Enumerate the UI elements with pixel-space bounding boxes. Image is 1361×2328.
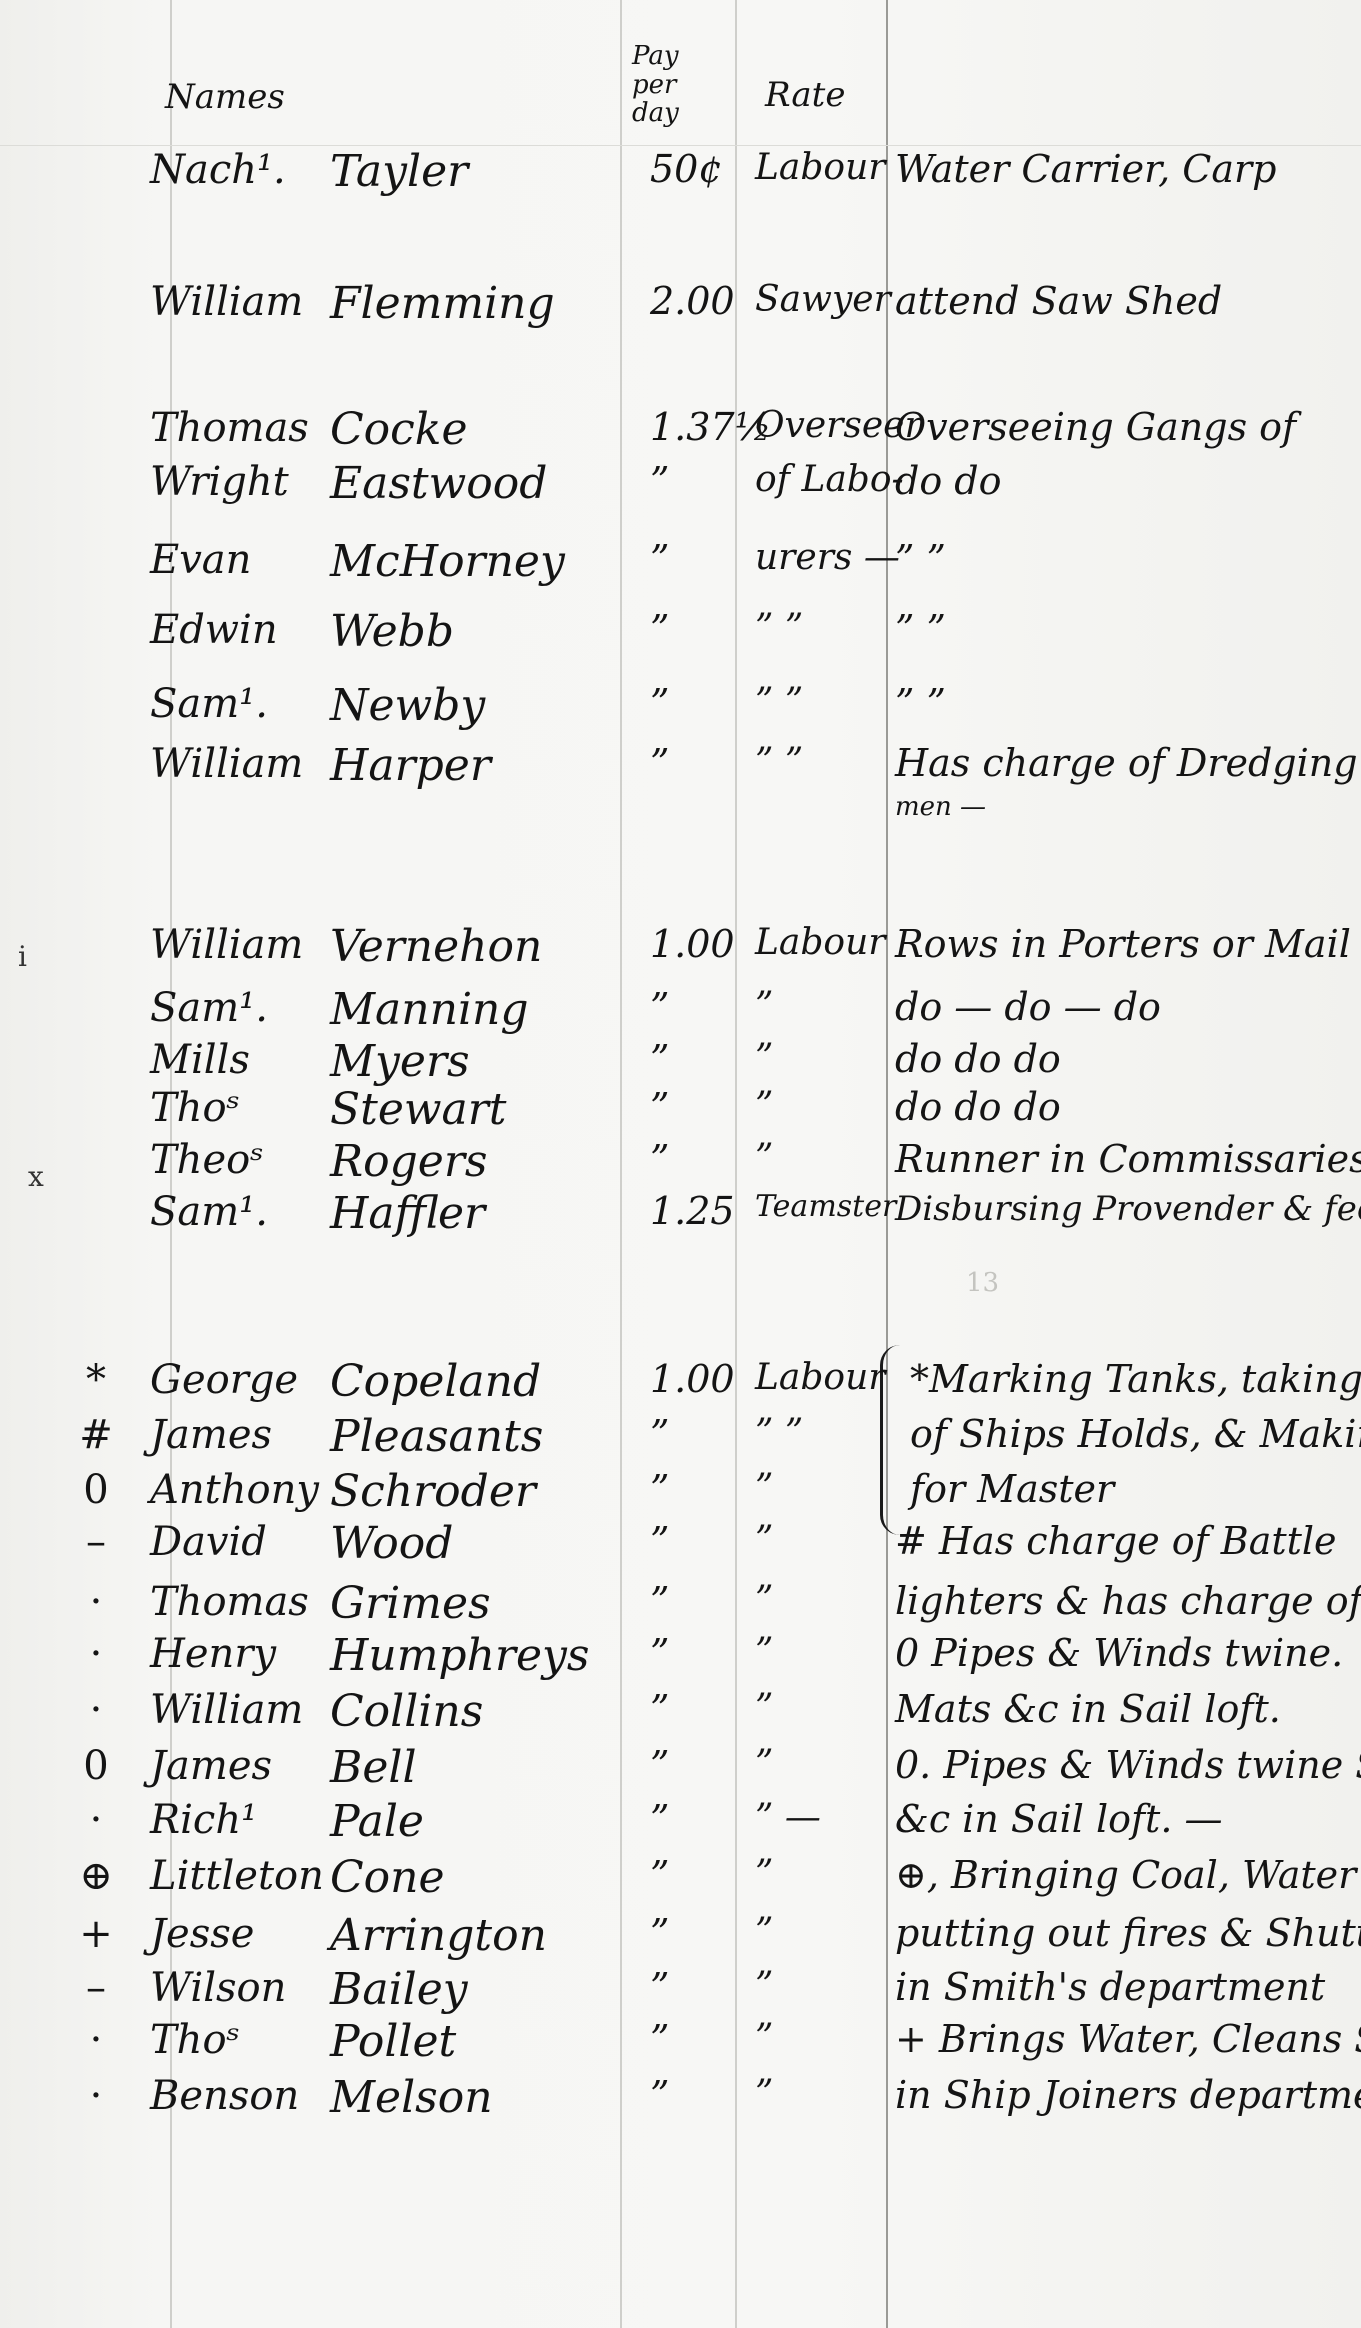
row-mark: · <box>78 2076 114 2116</box>
surname: Grimes <box>330 1582 491 1626</box>
ledger-row: William Harper ” ” ” Has charge of Dredg… <box>0 744 1361 834</box>
first-name: Thomas <box>150 1582 309 1622</box>
duty: in Smith's department <box>895 1968 1325 2006</box>
duty: + Brings Water, Cleans Sh <box>895 2020 1361 2058</box>
rate: Teamster <box>755 1192 896 1222</box>
first-name: Thoˢ <box>150 2020 240 2060</box>
surname: Stewart <box>330 1088 506 1132</box>
rate: ” <box>755 1040 773 1076</box>
first-name: Thomas <box>150 408 309 448</box>
first-name: Henry <box>150 1634 276 1674</box>
rate: Labour <box>755 150 885 186</box>
surname: Haffler <box>330 1192 485 1236</box>
duty: 0. Pipes & Winds twine Strop <box>895 1746 1361 1784</box>
duty: ” ” <box>895 684 946 722</box>
ledger-page: Names Pay per day Rate i x 13 Nach¹. Tay… <box>0 0 1361 2328</box>
pay-per-day: ” <box>650 610 740 648</box>
first-name: Wright <box>150 462 289 502</box>
rate: ” <box>755 2076 773 2112</box>
duty: Overseeing Gangs of <box>895 408 1296 446</box>
duty: 0 Pipes & Winds twine. <box>895 1634 1343 1672</box>
rate: ” ” <box>755 610 803 646</box>
surname: Myers <box>330 1040 470 1084</box>
surname: Eastwood <box>330 462 547 506</box>
pay-per-day: ” <box>650 2020 740 2058</box>
duty: Disbursing Provender & feed <box>895 1192 1361 1226</box>
ledger-row: Edwin Webb ” ” ” ” ” <box>0 610 1361 660</box>
ledger-row: · Benson Melson ” ” in Ship Joiners depa… <box>0 2076 1361 2126</box>
ledger-row: 0 Anthony Schroder ” ” for Master <box>0 1470 1361 1520</box>
first-name: David <box>150 1522 267 1562</box>
row-mark: 0 <box>78 1746 114 1786</box>
rate: Labour <box>755 1360 885 1396</box>
rate: of Labo- <box>755 462 904 498</box>
first-name: Anthony <box>150 1470 319 1510</box>
first-name: William <box>150 925 303 965</box>
duty: Rows in Porters or Mail <box>895 925 1351 963</box>
ledger-row: William Flemming 2.00 Sawyer attend Saw … <box>0 282 1361 332</box>
surname: Cocke <box>330 408 468 452</box>
rate: Labour <box>755 925 885 961</box>
row-mark: · <box>78 1634 114 1674</box>
ledger-row: Sam¹. Haffler 1.25 Teamster Disbursing P… <box>0 1192 1361 1242</box>
surname: Copeland <box>330 1360 541 1404</box>
pay-per-day: 50¢ <box>650 150 740 188</box>
rate: Sawyer <box>755 282 891 318</box>
duty: Mats &c in Sail loft. <box>895 1690 1281 1728</box>
ledger-row: Sam¹. Manning ” ” do — do — do <box>0 988 1361 1038</box>
rate: ” ” <box>755 684 803 720</box>
pay-per-day: 1.00 <box>650 925 740 963</box>
rate: ” <box>755 1634 773 1670</box>
duty: in Ship Joiners department <box>895 2076 1361 2114</box>
surname: Tayler <box>330 150 468 194</box>
surname: Arrington <box>330 1914 547 1958</box>
rate: ” <box>755 1522 773 1558</box>
rate: ” ” <box>755 744 803 780</box>
duty: do do do <box>895 1088 1061 1126</box>
first-name: Sam¹. <box>150 988 268 1028</box>
duty: ” ” <box>895 540 946 578</box>
rate: ” <box>755 1470 773 1506</box>
duty: putting out fires & Shutting d <box>895 1914 1361 1952</box>
ledger-row: Thoˢ Stewart ” ” do do do <box>0 1088 1361 1138</box>
row-mark: · <box>78 2020 114 2060</box>
surname: Wood <box>330 1522 453 1566</box>
first-name: Edwin <box>150 610 278 650</box>
duty: for Master <box>910 1470 1114 1508</box>
row-mark: – <box>78 1968 114 2008</box>
pay-per-day: 1.25 <box>650 1192 740 1230</box>
pay-per-day: 1.37½ <box>650 408 740 446</box>
first-name: Theoˢ <box>150 1140 264 1180</box>
ledger-row: + Jesse Arrington ” ” putting out fires … <box>0 1914 1361 1964</box>
row-mark: · <box>78 1690 114 1730</box>
pay-per-day: ” <box>650 1470 740 1508</box>
surname: McHorney <box>330 540 565 584</box>
rate: urers — <box>755 540 900 576</box>
rate: ” <box>755 1088 773 1124</box>
surname: Pollet <box>330 2020 456 2064</box>
first-name: Thoˢ <box>150 1088 240 1128</box>
row-mark: * <box>78 1360 114 1400</box>
duty: lighters & has charge of <box>895 1582 1361 1620</box>
ledger-row: – Wilson Bailey ” ” in Smith's departmen… <box>0 1968 1361 2018</box>
rate: ” <box>755 2020 773 2056</box>
first-name: George <box>150 1360 298 1400</box>
pay-per-day: ” <box>650 1140 740 1178</box>
ledger-row: – David Wood ” ” # Has charge of Battle <box>0 1522 1361 1572</box>
first-name: Sam¹. <box>150 684 268 724</box>
first-name: Wilson <box>150 1968 286 2008</box>
duty: do — do — do <box>895 988 1161 1026</box>
first-name: James <box>150 1746 272 1786</box>
header-names: Names <box>165 80 285 114</box>
surname: Bailey <box>330 1968 468 2012</box>
duty: do do <box>895 462 1002 500</box>
duty: attend Saw Shed <box>895 282 1222 320</box>
duty: ” ” <box>895 610 946 648</box>
surname: Schroder <box>330 1470 536 1514</box>
row-mark: – <box>78 1522 114 1562</box>
rate: ” <box>755 1690 773 1726</box>
duty: Has charge of Dredging <box>895 744 1358 782</box>
pay-per-day: ” <box>650 1415 740 1453</box>
duty: ⊕, Bringing Coal, Water <box>895 1856 1356 1894</box>
surname: Bell <box>330 1746 417 1790</box>
pay-per-day: ” <box>650 1746 740 1784</box>
pay-per-day: ” <box>650 462 740 500</box>
pay-per-day: ” <box>650 744 740 782</box>
rate: ” <box>755 1140 773 1176</box>
duty: # Has charge of Battle <box>895 1522 1337 1560</box>
rate: ” <box>755 1914 773 1950</box>
ledger-row: Theoˢ Rogers ” ” Runner in Commissaries … <box>0 1140 1361 1190</box>
rate: ” ” <box>755 1415 803 1451</box>
rate: ” <box>755 1856 773 1892</box>
ledger-row: · Rich¹ Pale ” ” — &c in Sail loft. — <box>0 1800 1361 1850</box>
first-name: Evan <box>150 540 251 580</box>
row-mark: ⊕ <box>78 1856 114 1896</box>
first-name: Mills <box>150 1040 250 1080</box>
ledger-row: Mills Myers ” ” do do do <box>0 1040 1361 1090</box>
duty: Water Carrier, Carp <box>895 150 1276 188</box>
ledger-row: Nach¹. Tayler 50¢ Labour Water Carrier, … <box>0 150 1361 200</box>
surname: Pleasants <box>330 1415 543 1459</box>
ledger-row: · Thoˢ Pollet ” ” + Brings Water, Cleans… <box>0 2020 1361 2070</box>
pay-per-day: ” <box>650 684 740 722</box>
ledger-row: 0 James Bell ” ” 0. Pipes & Winds twine … <box>0 1746 1361 1796</box>
first-name: Nach¹. <box>150 150 286 190</box>
pay-per-day: ” <box>650 2076 740 2114</box>
surname: Cone <box>330 1856 445 1900</box>
rate: ” <box>755 988 773 1024</box>
row-mark: + <box>78 1914 114 1954</box>
header-rate: Rate <box>765 78 845 112</box>
first-name: James <box>150 1415 272 1455</box>
surname: Newby <box>330 684 485 728</box>
first-name: William <box>150 282 303 322</box>
rate: ” <box>755 1968 773 2004</box>
surname: Collins <box>330 1690 483 1734</box>
pay-per-day: ” <box>650 1968 740 2006</box>
pay-per-day: ” <box>650 1914 740 1952</box>
first-name: Rich¹ <box>150 1800 257 1840</box>
page-stamp: 13 <box>966 1268 999 1298</box>
ledger-row: · William Collins ” ” Mats &c in Sail lo… <box>0 1690 1361 1740</box>
pay-per-day: ” <box>650 1522 740 1560</box>
pay-per-day: ” <box>650 540 740 578</box>
first-name: Sam¹. <box>150 1192 268 1232</box>
ledger-row: Thomas Cocke 1.37½ Overseer Overseeing G… <box>0 408 1361 458</box>
rate: ” — <box>755 1800 821 1836</box>
duty: of Ships Holds, & Making <box>910 1415 1361 1453</box>
pay-per-day: ” <box>650 1582 740 1620</box>
surname: Rogers <box>330 1140 487 1184</box>
ledger-row: Evan McHorney ” urers — ” ” <box>0 540 1361 590</box>
duty: &c in Sail loft. — <box>895 1800 1223 1838</box>
duty-continuation: men — <box>895 794 986 820</box>
row-mark: · <box>78 1582 114 1622</box>
header-pay-per-day: Pay per day <box>632 42 722 128</box>
pay-per-day: ” <box>650 988 740 1026</box>
surname: Vernehon <box>330 925 542 969</box>
rate: ” <box>755 1582 773 1618</box>
ledger-row: # James Pleasants ” ” ” of Ships Holds, … <box>0 1415 1361 1465</box>
ledger-row: ⊕ Littleton Cone ” ” ⊕, Bringing Coal, W… <box>0 1856 1361 1906</box>
pay-per-day: 2.00 <box>650 282 740 320</box>
header-rule <box>0 145 1361 146</box>
first-name: William <box>150 1690 303 1730</box>
surname: Webb <box>330 610 454 654</box>
ledger-row: * George Copeland 1.00 Labour *Marking T… <box>0 1360 1361 1410</box>
duty: *Marking Tanks, taking dr <box>910 1360 1361 1398</box>
ledger-row: · Henry Humphreys ” ” 0 Pipes & Winds tw… <box>0 1634 1361 1684</box>
row-mark: # <box>78 1415 114 1455</box>
first-name: William <box>150 744 303 784</box>
surname: Pale <box>330 1800 424 1844</box>
duty: do do do <box>895 1040 1061 1078</box>
first-name: Jesse <box>150 1914 254 1954</box>
pay-per-day: ” <box>650 1634 740 1672</box>
row-mark: · <box>78 1800 114 1840</box>
pay-per-day: ” <box>650 1800 740 1838</box>
row-mark: 0 <box>78 1470 114 1510</box>
surname: Melson <box>330 2076 493 2120</box>
pay-per-day: ” <box>650 1040 740 1078</box>
surname: Humphreys <box>330 1634 589 1678</box>
ledger-row: Sam¹. Newby ” ” ” ” ” <box>0 684 1361 734</box>
surname: Manning <box>330 988 529 1032</box>
first-name: Benson <box>150 2076 299 2116</box>
pay-per-day: ” <box>650 1088 740 1126</box>
first-name: Littleton <box>150 1856 324 1896</box>
rate: ” <box>755 1746 773 1782</box>
pay-per-day: ” <box>650 1856 740 1894</box>
ledger-row: William Vernehon 1.00 Labour Rows in Por… <box>0 925 1361 975</box>
ledger-row: · Thomas Grimes ” ” lighters & has charg… <box>0 1582 1361 1632</box>
pay-per-day: 1.00 <box>650 1360 740 1398</box>
pay-per-day: ” <box>650 1690 740 1728</box>
duty: Runner in Commissaries Of <box>895 1140 1361 1178</box>
surname: Flemming <box>330 282 555 326</box>
surname: Harper <box>330 744 491 788</box>
ledger-row: Wright Eastwood ” of Labo- do do <box>0 462 1361 512</box>
